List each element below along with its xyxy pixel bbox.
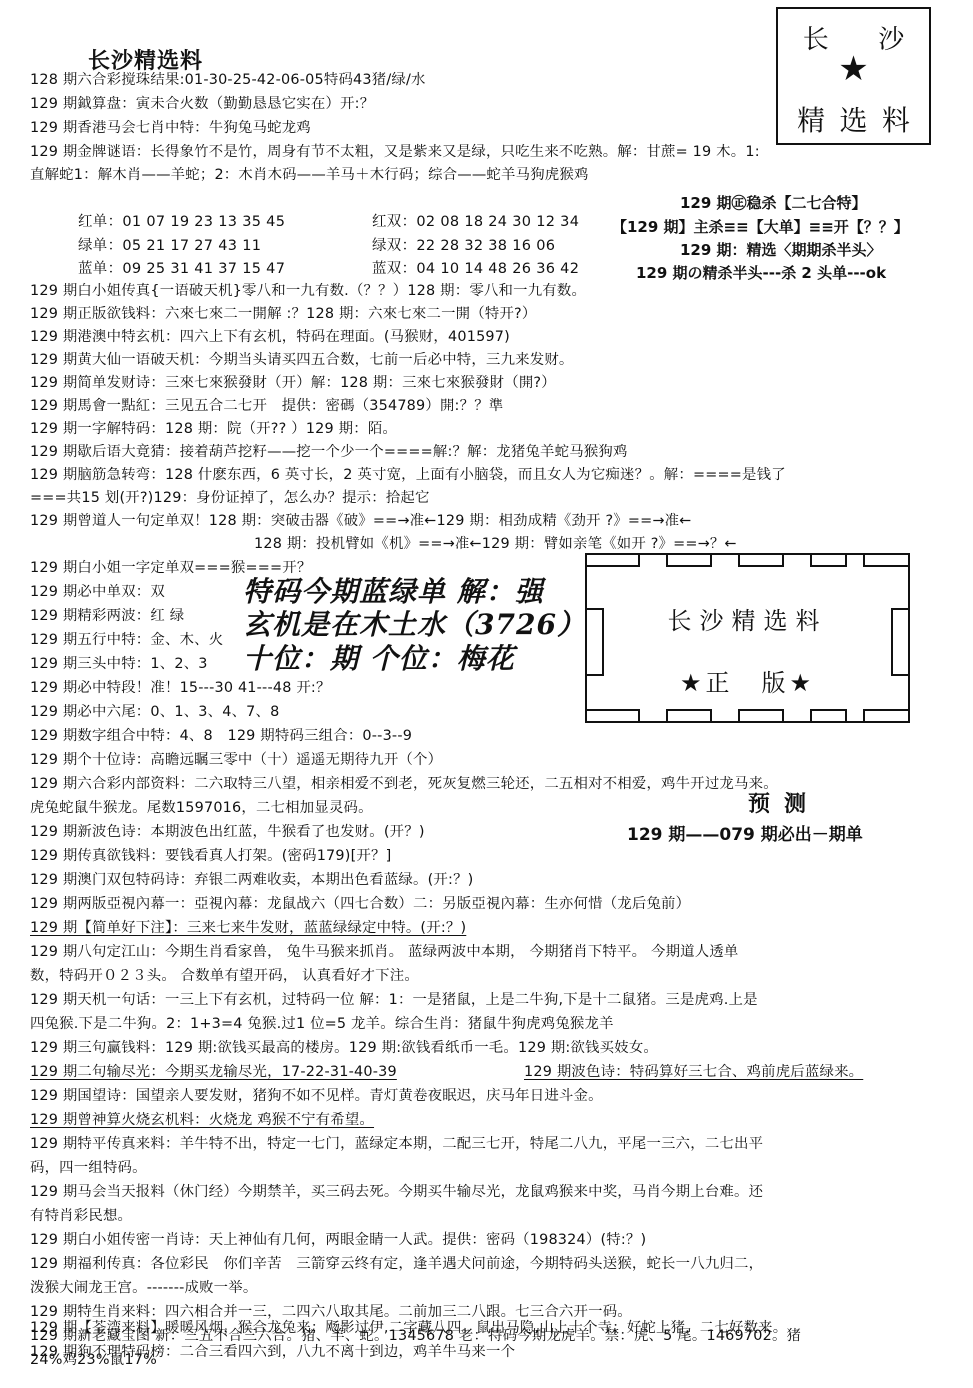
text-line: 129 期三句赢钱料：129 期:欲钱买最高的楼房。129 期:欲钱看纸币一毛。… bbox=[30, 1038, 658, 1058]
text-line-underlined: 129 期【简单好下注】：三来七来牛发财，蓝蓝绿绿定中特。(开:？) bbox=[30, 918, 466, 938]
number-row-red-even: 红双：02 08 18 24 30 12 34 bbox=[372, 210, 579, 231]
text-line: 129 期狗不理特码榜：二合三看四六到，八九不离十到边，鸡羊牛马来一个 bbox=[30, 1342, 515, 1362]
text-line: 129 期八句定江山：今期生肖看家兽， 兔牛马猴来抓肖。 蓝绿两波中本期， 今期… bbox=[30, 942, 739, 962]
text-line: 129 期【荃湾来料】暖暖风烟，猴合龙兔来；飏影过伊,二字藏八四。鼠出马隐,山上… bbox=[30, 1318, 787, 1338]
text-line: 四兔猴.下是二牛狗。2：1+3=4 兔猴.过1 位=5 龙羊。综合生肖：猪鼠牛狗… bbox=[30, 1014, 614, 1034]
logo-row-3: 精 选 料 bbox=[778, 99, 929, 139]
frame-tab bbox=[585, 709, 640, 723]
text-line: 虎兔蛇鼠牛猴龙。尾数1597016，二七相加显灵码。 bbox=[30, 798, 373, 818]
text-line-underlined: 129 期波色诗：特码算好三七合、鸡前虎后蓝绿来。 bbox=[524, 1062, 863, 1082]
text-line: 有特肖彩民想。 bbox=[30, 1206, 132, 1226]
text-line: 直解蛇1：解木肖——羊蛇；2：木肖木码——羊马＋木行码；综合——蛇羊马狗虎猴鸡 bbox=[30, 165, 589, 185]
text-line-underlined: 129 期二句输尽光：今期买龙输尽光，17-22-31-40-39 bbox=[30, 1062, 397, 1082]
text-line: 129 期必中单双：双 bbox=[30, 582, 165, 602]
text-line: 129 期香港马会七肖中特：牛狗兔马蛇龙鸡 bbox=[30, 118, 311, 138]
text-line: 数，特码开０２３头。 合数单有望开码， 认真看好才下注。 bbox=[30, 966, 419, 986]
text-line: 码，四一组特码。 bbox=[30, 1158, 147, 1178]
side-note: 129 期㊣稳杀【二七合特】 bbox=[680, 192, 867, 213]
text-line: 129 期六合彩内部资料：二六取特三八望，相亲相爱不到老，死灰复燃三轮还，二五相… bbox=[30, 774, 778, 794]
text-line: 129 期特平传真来料：羊牛特不出，特定一七门，蓝绿定本期，二配三七开，特尾二八… bbox=[30, 1134, 763, 1154]
text-line: 129 期马会当天报料（休门经）今期禁羊，买三码去死。今期买牛输尽光，龙鼠鸡猴来… bbox=[30, 1182, 763, 1202]
text-line: 129 期三头中特：1、2、3 bbox=[30, 654, 208, 674]
calligraphy-line: 十位：期 个位：梅花 bbox=[243, 637, 515, 677]
text-line: 129 期国望诗：国望亲人要发财，猪狗不如不见样。青灯黄卷夜眠迟，庆马年日进斗金… bbox=[30, 1086, 603, 1106]
text-line: 129 期天机一句话：一三上下有玄机，过特码一位 解：1：一是猪鼠，上是二牛狗,… bbox=[30, 990, 758, 1010]
text-line: 129 期馬會一點紅：三见五合二七开 提供：密碼（354789）開:？？準 bbox=[30, 396, 503, 416]
number-row-green-odd: 绿单：05 21 17 27 43 11 bbox=[78, 234, 261, 255]
text-line: 129 期传真欲钱料：要钱看真人打架。(密码179)[开？] bbox=[30, 846, 391, 866]
text-line: 129 期曾道人一句定单双！128 期：突破击器《破》==→准←129 期：相劲… bbox=[30, 511, 692, 531]
text-line: 129 期歇后语大竟猜：接着葫芦挖籽——挖一个少一个====解:？解：龙猪兔羊蛇… bbox=[30, 442, 628, 462]
frame-tab bbox=[666, 553, 712, 567]
text-line: 129 期白小姐传密一肖诗：天上神仙有几何，两眼金睛一人武。提供：密码（1983… bbox=[30, 1230, 646, 1250]
text-line: 129 期澳门双包特码诗：弃银二两难收卖，本期出色看蓝绿。(开:？) bbox=[30, 870, 473, 890]
side-note: 【129 期】主杀≡≡【大单】≡≡开【？？】 bbox=[612, 216, 909, 237]
text-line: 129 期福利传真：各位彩民 你们辛苦 三箭穿云终有定，逢羊遇犬问前途，今期特码… bbox=[30, 1254, 763, 1274]
side-note: 129 期：精选〈期期杀半头〉 bbox=[680, 239, 882, 260]
text-line: 129 期港澳中特玄机：四六上下有玄机，特码在理面。(马猴财，401597) bbox=[30, 327, 510, 347]
brand-frame: 长沙精选料 ★正 版★ bbox=[585, 553, 910, 723]
star-icon: ★ bbox=[778, 49, 929, 89]
logo-char: 精 bbox=[797, 99, 825, 139]
text-line: 129 期黄大仙一语破天机：今期当头请买四五合数，七前一后必中特，三九来发财。 bbox=[30, 350, 574, 370]
logo-box: 长 沙 ★ 精 选 料 bbox=[776, 7, 931, 145]
text-line: 129 期金牌谜语：长得象竹不是竹，周身有节不太粗，又是紫来又是绿，只吃生来不吃… bbox=[30, 142, 760, 162]
side-note: 129 期の精杀半头---杀 2 头单---ok bbox=[636, 262, 886, 283]
text-line: 泼猴大闹龙王宫。-------成败一举。 bbox=[30, 1278, 257, 1298]
text-line: 129 期必中特段！准！15---30 41---48 开:？ bbox=[30, 678, 331, 698]
text-line: 129 期两版亞視內幕一：亞視內幕：龙鼠战六（四七合数）二：另版亞視內幕：生亦何… bbox=[30, 894, 690, 914]
text-line: 129 期白小姐传真{一语破天机}零八和一九有数.（？？）128 期：零八和一九… bbox=[30, 281, 586, 301]
text-line: 129 期精彩两波：红 绿 bbox=[30, 606, 184, 626]
text-line: 129 期必中六尾：0、1、3、4、7、8 bbox=[30, 702, 279, 722]
number-row-red-odd: 红单：01 07 19 23 13 35 45 bbox=[78, 210, 285, 231]
number-row-blue-even: 蓝双：04 10 14 48 26 36 42 bbox=[372, 257, 579, 278]
frame-tab bbox=[863, 709, 910, 723]
number-row-green-even: 绿双：22 28 32 38 16 06 bbox=[372, 234, 555, 255]
frame-tab bbox=[666, 709, 712, 723]
text-line-underlined: 129 期曾神算火烧玄机料：火烧龙 鸡猴不宁有希望。 bbox=[30, 1110, 374, 1130]
text-line: 129 期个十位诗：高瞻远瞩三零中（十）遥遥无期待九开（个） bbox=[30, 750, 442, 770]
logo-char: 选 bbox=[839, 99, 867, 139]
number-row-blue-odd: 蓝单：09 25 31 41 37 15 47 bbox=[78, 257, 285, 278]
text-line: 129 期五行中特：金、木、火 bbox=[30, 630, 223, 650]
text-line: 128 期六合彩搅珠结果:01-30-25-42-06-05特码43猪/绿/水 bbox=[30, 70, 426, 90]
frame-tab bbox=[863, 553, 910, 567]
text-line: 129 期新波色诗：本期波色出红蓝，牛猴看了也发财。(开？) bbox=[30, 822, 425, 842]
frame-title: 长沙精选料 bbox=[585, 601, 910, 636]
frame-subtitle: ★正 版★ bbox=[585, 663, 910, 698]
frame-tab bbox=[810, 553, 847, 567]
frame-tab bbox=[738, 553, 784, 567]
text-line: 129 期脑筋急转弯：128 什麽东西，6 英寸长，2 英寸宽，上面有小脑袋，而… bbox=[30, 465, 786, 485]
frame-tab bbox=[585, 553, 640, 567]
frame-tab bbox=[810, 709, 847, 723]
text-line: 129 期一字解特码：128 期：院（开?? ）129 期：陌。 bbox=[30, 419, 397, 439]
text-line: 129 期简单发财诗：三來七來猴發財（开）解：128 期：三來七來猴發財（開?） bbox=[30, 373, 556, 393]
text-line: 129 期鉞算盘：寅未合火数（勤勤恳恳它实在）开:？ bbox=[30, 94, 374, 114]
logo-char: 料 bbox=[882, 99, 910, 139]
text-line: 129 期数字组合中特：4、8 129 期特码三组合：0--3--9 bbox=[30, 726, 412, 746]
predict-line: 129 期——079 期必出－期单 bbox=[627, 820, 863, 845]
frame-tab bbox=[738, 709, 784, 723]
text-line: 129 期正版欲钱料：六來七來二一開解 :？128 期：六來七來二一開（特开?） bbox=[30, 304, 536, 324]
text-line: 128 期：投机臂如《机》==→准←129 期：臂如亲笔《如开 ?》==→？← bbox=[254, 534, 737, 554]
text-line: ===共15 划(开?)129：身份证掉了，怎么办？提示：拾起它 bbox=[30, 488, 430, 508]
